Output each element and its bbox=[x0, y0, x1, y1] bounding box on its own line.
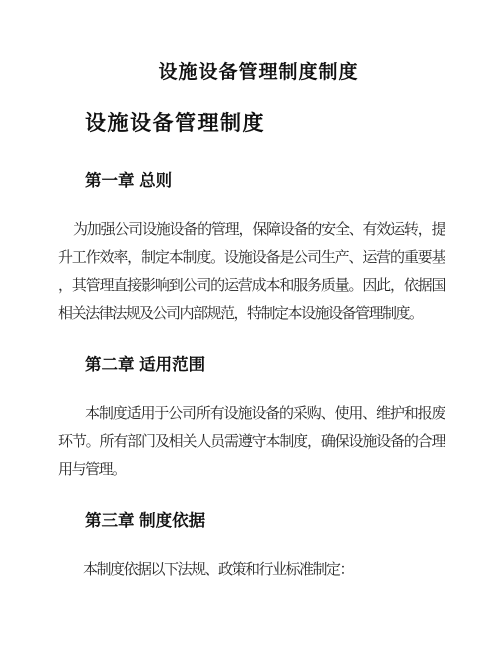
document-heading: 设施设备管理制度 bbox=[85, 112, 445, 136]
text-line: 升工作效率，制定本制度。设施设备是公司生产、运营的重要基础 bbox=[58, 244, 445, 272]
document-title: 设施设备管理制度制度 bbox=[58, 62, 445, 83]
text-line: 为加强公司设施设备的管理，保障设备的安全、有效运转，提 bbox=[58, 216, 445, 244]
paragraph-1: 为加强公司设施设备的管理，保障设备的安全、有效运转，提 升工作效率，制定本制度。… bbox=[58, 216, 445, 328]
chapter-heading-2: 第二章 适用范围 bbox=[85, 355, 445, 375]
text-line: 本制度依据以下法规、政策和行业标准制定： bbox=[58, 556, 445, 584]
text-line: 本制度适用于公司所有设施设备的采购、使用、维护和报废等 bbox=[58, 400, 445, 428]
chapter-heading-1: 第一章 总则 bbox=[85, 171, 445, 191]
text-line: 用与管理。 bbox=[58, 456, 445, 484]
text-line: 环节。所有部门及相关人员需遵守本制度，确保设施设备的合理利 bbox=[58, 428, 445, 456]
chapter-heading-3: 第三章 制度依据 bbox=[85, 511, 445, 531]
paragraph-3: 本制度依据以下法规、政策和行业标准制定： bbox=[58, 556, 445, 584]
paragraph-2: 本制度适用于公司所有设施设备的采购、使用、维护和报废等 环节。所有部门及相关人员… bbox=[58, 400, 445, 484]
text-line: 相关法律法规及公司内部规范，特制定本设施设备管理制度。 bbox=[58, 300, 445, 328]
text-line: ，其管理直接影响到公司的运营成本和服务质量。因此，依据国家 bbox=[58, 272, 445, 300]
document-page: 设施设备管理制度制度 设施设备管理制度 第一章 总则 为加强公司设施设备的管理，… bbox=[0, 0, 500, 647]
